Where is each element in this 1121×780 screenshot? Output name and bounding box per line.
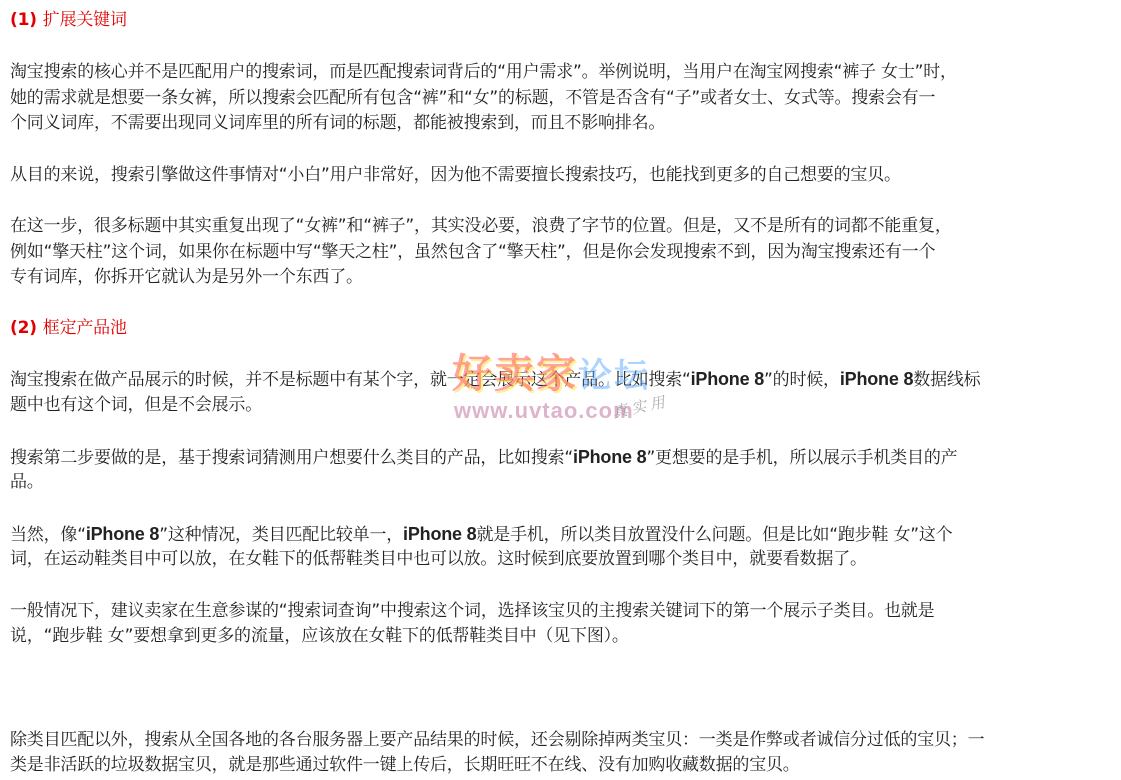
watermark-url: www.uvtao.com [454, 398, 634, 424]
paragraph-line: 题中也有这个词，但是不会展示。 [10, 392, 262, 418]
heading-title: 扩展关键词 [43, 10, 127, 30]
section-heading-1: (1)扩展关键词 [10, 7, 127, 33]
paragraph-line: 淘宝搜索在做产品展示的时候，并不是标题中有某个字，就一定会展示这个产品。比如搜索… [10, 366, 980, 393]
heading-number: (2) [10, 318, 37, 338]
product-term: iPhone 8 [403, 524, 476, 544]
paragraph-line: 品。 [10, 469, 44, 495]
paragraph-line: 从目的来说，搜索引擎做这件事情对“小白”用户非常好，因为他不需要擅长搜索技巧，也… [10, 162, 901, 188]
paragraph-line: 个同义词库，不需要出现同义词库里的所有词的标题，都能被搜索到，而且不影响排名。 [10, 110, 665, 136]
product-term: iPhone 8 [86, 524, 159, 544]
paragraph-line: 搜索第二步要做的是，基于搜索词猜测用户想要什么类目的产品，比如搜索“iPhone… [10, 444, 957, 471]
paragraph-line: 当然，像“iPhone 8”这种情况，类目匹配比较单一，iPhone 8就是手机… [10, 521, 953, 548]
paragraph-line: 说，“跑步鞋 女”要想拿到更多的流量，应该放在女鞋下的低帮鞋类目中（见下图）。 [10, 623, 629, 649]
paragraph-line: 例如“擎天柱”这个词，如果你在标题中写“擎天之柱”，虽然包含了“擎天柱”，但是你… [10, 239, 935, 265]
paragraph-line: 在这一步，很多标题中其实重复出现了“女裤”和“裤子”，其实没必要，浪费了字节的位… [10, 213, 952, 239]
paragraph-line: 除类目匹配以外，搜索从全国各地的各台服务器上要产品结果的时候，还会剔除掉两类宝贝… [10, 727, 984, 753]
paragraph-line: 类是非活跃的垃圾数据宝贝，就是那些通过软件一键上传后，长期旺旺不在线、没有加购收… [10, 752, 800, 778]
product-term: iPhone 8 [840, 369, 913, 389]
product-term: iPhone 8 [573, 447, 646, 467]
paragraph-line: 她的需求就是想要一条女裤，所以搜索会匹配所有包含“裤”和“女”的标题，不管是否含… [10, 85, 935, 111]
paragraph-line: 一般情况下，建议卖家在生意参谋的“搜索词查询”中搜索这个词，选择该宝贝的主搜索关… [10, 598, 934, 624]
heading-number: (1) [10, 10, 37, 30]
heading-title: 框定产品池 [43, 318, 127, 338]
product-term: iPhone 8 [691, 369, 764, 389]
watermark-tagline: 真实用 [610, 390, 670, 422]
paragraph-line: 淘宝搜索的核心并不是匹配用户的搜索词，而是匹配搜索词背后的“用户需求”。举例说明… [10, 59, 957, 85]
section-heading-2: (2)框定产品池 [10, 315, 127, 341]
paragraph-line: 词，在运动鞋类目中可以放，在女鞋下的低帮鞋类目中也可以放。这时候到底要放置到哪个… [10, 546, 867, 572]
paragraph-line: 专有词库，你拆开它就认为是另外一个东西了。 [10, 264, 363, 290]
